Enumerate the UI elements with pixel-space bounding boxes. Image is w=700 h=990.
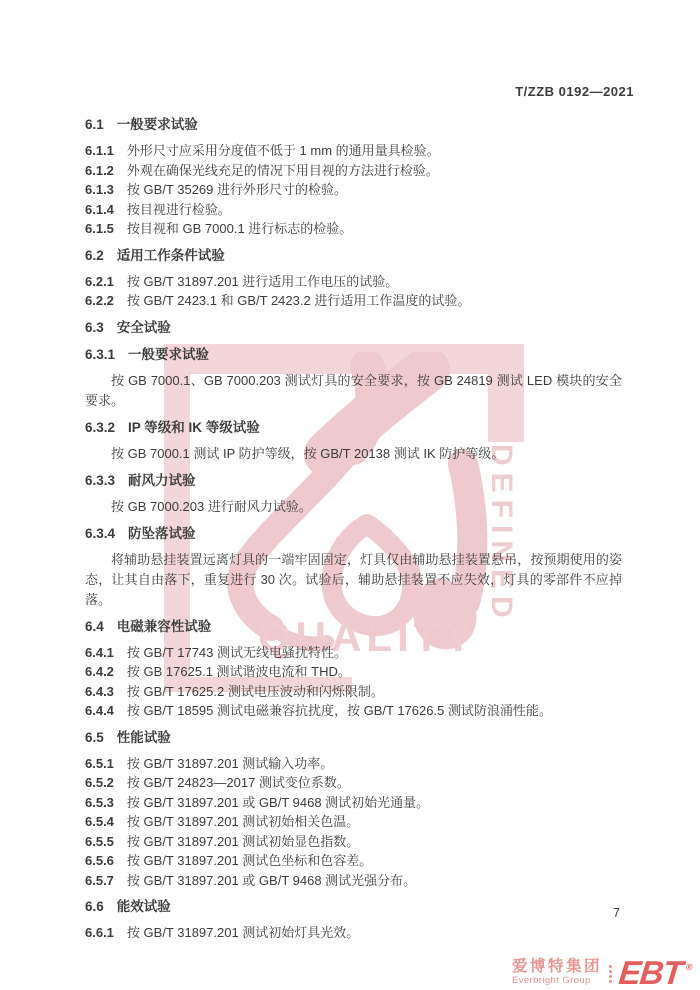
clause-text: 按 GB/T 31897.201 测试初始灯具光效。 <box>127 925 359 940</box>
clause-text: 按 GB/T 31897.201 测试初始显色指数。 <box>127 834 359 849</box>
clause-number: 6.3.4 <box>85 524 115 544</box>
paragraph: 按 GB 7000.1、GB 7000.203 测试灯具的安全要求，按 GB 2… <box>85 371 622 411</box>
clause-text: 按目视和 GB 7000.1 进行标志的检验。 <box>127 221 352 236</box>
clause-text: 按 GB/T 2423.1 和 GB/T 2423.2 进行适用工作温度的试验。 <box>127 293 470 308</box>
clause-number: 6.6 <box>85 897 104 917</box>
clause-6.3: 6.3安全试验 <box>85 318 622 338</box>
clause-number: 6.1.2 <box>85 161 114 181</box>
clause-text: 耐风力试验 <box>128 473 196 488</box>
clause-number: 6.2 <box>85 246 104 266</box>
page-number: 7 <box>613 906 620 920</box>
clause-text: 按目视进行检验。 <box>127 202 231 217</box>
logo-ebt-text: EBT <box>617 954 684 990</box>
clause-text: 按 GB/T 17625.2 测试电压波动和闪烁限制。 <box>127 684 384 699</box>
clause-6.5.4: 6.5.4按 GB/T 31897.201 测试初始相关色温。 <box>85 812 622 832</box>
clause-6.1.1: 6.1.1外形尺寸应采用分度值不低于 1 mm 的通用量具检验。 <box>85 141 622 161</box>
logo-english-name: Everbright Group <box>512 975 602 986</box>
clause-number: 6.5.1 <box>85 754 114 774</box>
clause-text: 按 GB 7000.1 测试 IP 防护等级，按 GB/T 20138 测试 I… <box>111 446 504 461</box>
clause-6.5: 6.5性能试验 <box>85 728 622 748</box>
clause-number: 6.4.3 <box>85 682 114 702</box>
paragraph: 按 GB 7000.203 进行耐风力试验。 <box>85 497 622 517</box>
clause-number: 6.5.3 <box>85 793 114 813</box>
clause-number: 6.3.1 <box>85 345 115 365</box>
logo-chinese-name: 爱博特集团 <box>512 958 602 975</box>
clause-text: 按 GB 7000.1、GB 7000.203 测试灯具的安全要求，按 GB 2… <box>85 373 622 408</box>
clause-number: 6.2.1 <box>85 272 114 292</box>
clause-text: 电磁兼容性试验 <box>117 619 212 634</box>
clause-number: 6.5.7 <box>85 871 114 891</box>
clause-number: 6.1.3 <box>85 180 114 200</box>
clause-text: 按 GB/T 18595 测试电磁兼容抗扰度，按 GB/T 17626.5 测试… <box>127 703 552 718</box>
logo-dots-separator-icon <box>609 965 612 983</box>
clause-text: 一般要求试验 <box>128 347 209 362</box>
clause-6.2.1: 6.2.1按 GB/T 31897.201 进行适用工作电压的试验。 <box>85 272 622 292</box>
clause-text: 按 GB 17625.1 测试谐波电流和 THD。 <box>127 664 351 679</box>
clause-text: 按 GB/T 31897.201 或 GB/T 9468 测试初始光通量。 <box>127 795 429 810</box>
clause-6.5.6: 6.5.6按 GB/T 31897.201 测试色坐标和色容差。 <box>85 851 622 871</box>
clause-number: 6.1.1 <box>85 141 114 161</box>
clause-number: 6.3.2 <box>85 418 115 438</box>
page: DEFINED QUALITY T/ZZB 0192—2021 6.1一般要求试… <box>0 0 700 990</box>
clause-text: 外观在确保光线充足的情况下用目视的方法进行检验。 <box>127 163 439 178</box>
clause-6.2.2: 6.2.2按 GB/T 2423.1 和 GB/T 2423.2 进行适用工作温… <box>85 291 622 311</box>
clause-6.6.1: 6.6.1按 GB/T 31897.201 测试初始灯具光效。 <box>85 923 622 943</box>
clause-6.4.4: 6.4.4按 GB/T 18595 测试电磁兼容抗扰度，按 GB/T 17626… <box>85 701 622 721</box>
clause-text: IP 等级和 IK 等级试验 <box>128 420 260 435</box>
clause-6.1.4: 6.1.4按目视进行检验。 <box>85 200 622 220</box>
clause-6.3.3: 6.3.3耐风力试验 <box>85 471 622 491</box>
clause-6.2: 6.2适用工作条件试验 <box>85 246 622 266</box>
clause-text: 外形尺寸应采用分度值不低于 1 mm 的通用量具检验。 <box>127 143 440 158</box>
clause-6.1: 6.1一般要求试验 <box>85 115 622 135</box>
clause-text: 按 GB/T 17743 测试无线电骚扰特性。 <box>127 645 347 660</box>
clause-number: 6.5 <box>85 728 104 748</box>
clause-number: 6.1.4 <box>85 200 114 220</box>
clause-number: 6.5.2 <box>85 773 114 793</box>
clause-text: 按 GB/T 35269 进行外形尺寸的检验。 <box>127 182 347 197</box>
clause-text: 将辅助悬挂装置远离灯具的一端牢固固定，灯具仅由辅助悬挂装置悬吊，按预期使用的姿态… <box>85 552 622 607</box>
clause-6.5.3: 6.5.3按 GB/T 31897.201 或 GB/T 9468 测试初始光通… <box>85 793 622 813</box>
clause-text: 性能试验 <box>117 730 171 745</box>
clause-6.4.2: 6.4.2按 GB 17625.1 测试谐波电流和 THD。 <box>85 662 622 682</box>
clause-text: 按 GB/T 31897.201 测试色坐标和色容差。 <box>127 853 372 868</box>
clause-text: 适用工作条件试验 <box>117 248 225 263</box>
clause-number: 6.1.5 <box>85 219 114 239</box>
clause-6.6: 6.6能效试验 <box>85 897 622 917</box>
footer-logo: 爱博特集团 Everbright Group EBT ® <box>512 958 692 986</box>
clause-6.3.2: 6.3.2IP 等级和 IK 等级试验 <box>85 418 622 438</box>
clause-6.5.7: 6.5.7按 GB/T 31897.201 或 GB/T 9468 测试光强分布… <box>85 871 622 891</box>
clause-text: 按 GB/T 31897.201 进行适用工作电压的试验。 <box>127 274 398 289</box>
clause-text: 一般要求试验 <box>117 117 198 132</box>
clause-text: 能效试验 <box>117 899 171 914</box>
clause-6.3.1: 6.3.1一般要求试验 <box>85 345 622 365</box>
clause-number: 6.5.6 <box>85 851 114 871</box>
clause-number: 6.4.2 <box>85 662 114 682</box>
clause-text: 防坠落试验 <box>128 526 196 541</box>
clause-number: 6.2.2 <box>85 291 114 311</box>
document-header: T/ZZB 0192—2021 <box>515 84 634 99</box>
clause-number: 6.5.4 <box>85 812 114 832</box>
clause-text: 按 GB 7000.203 进行耐风力试验。 <box>111 499 312 514</box>
paragraph: 按 GB 7000.1 测试 IP 防护等级，按 GB/T 20138 测试 I… <box>85 444 622 464</box>
clause-number: 6.4.4 <box>85 701 114 721</box>
clause-number: 6.4 <box>85 617 104 637</box>
clause-6.5.5: 6.5.5按 GB/T 31897.201 测试初始显色指数。 <box>85 832 622 852</box>
clause-6.5.1: 6.5.1按 GB/T 31897.201 测试输入功率。 <box>85 754 622 774</box>
clause-text: 按 GB/T 31897.201 测试输入功率。 <box>127 756 333 771</box>
paragraph: 将辅助悬挂装置远离灯具的一端牢固固定，灯具仅由辅助悬挂装置悬吊，按预期使用的姿态… <box>85 550 622 610</box>
clause-6.4.3: 6.4.3按 GB/T 17625.2 测试电压波动和闪烁限制。 <box>85 682 622 702</box>
clause-number: 6.1 <box>85 115 104 135</box>
clause-text: 按 GB/T 24823—2017 测试变位系数。 <box>127 775 350 790</box>
clause-6.1.2: 6.1.2外观在确保光线充足的情况下用目视的方法进行检验。 <box>85 161 622 181</box>
doc-number: T/ZZB 0192—2021 <box>515 84 634 99</box>
clause-6.3.4: 6.3.4防坠落试验 <box>85 524 622 544</box>
clause-6.4.1: 6.4.1按 GB/T 17743 测试无线电骚扰特性。 <box>85 643 622 663</box>
logo-text-block: 爱博特集团 Everbright Group <box>512 958 602 986</box>
clause-number: 6.3 <box>85 318 104 338</box>
clause-text: 按 GB/T 31897.201 或 GB/T 9468 测试光强分布。 <box>127 873 416 888</box>
document-body: 6.1一般要求试验6.1.1外形尺寸应采用分度值不低于 1 mm 的通用量具检验… <box>85 108 622 943</box>
clause-number: 6.3.3 <box>85 471 115 491</box>
clause-text: 安全试验 <box>117 320 171 335</box>
clause-text: 按 GB/T 31897.201 测试初始相关色温。 <box>127 814 359 829</box>
clause-6.4: 6.4电磁兼容性试验 <box>85 617 622 637</box>
clause-number: 6.4.1 <box>85 643 114 663</box>
logo-ebt-mark: EBT ® <box>618 960 694 986</box>
clause-6.1.3: 6.1.3按 GB/T 35269 进行外形尺寸的检验。 <box>85 180 622 200</box>
clause-number: 6.6.1 <box>85 923 114 943</box>
clause-6.1.5: 6.1.5按目视和 GB 7000.1 进行标志的检验。 <box>85 219 622 239</box>
clause-6.5.2: 6.5.2按 GB/T 24823—2017 测试变位系数。 <box>85 773 622 793</box>
clause-number: 6.5.5 <box>85 832 114 852</box>
